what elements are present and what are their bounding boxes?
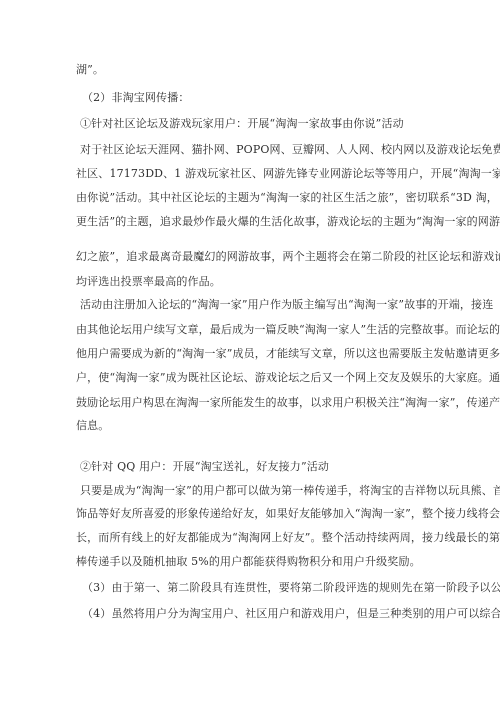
text-line: 社区、17173DD、1 游戏玩家社区、网游先锋专业网游论坛等等用户，开展“淘淘… bbox=[76, 167, 436, 181]
section-heading: （2）非淘宝网传播： bbox=[82, 91, 442, 105]
text-line: 鼓励论坛用户构思在淘淘一家所能发生的故事，以求用户积极关注“淘淘一家”，传递产品 bbox=[76, 396, 436, 410]
text-line: 幻之旅”，追求最离奇最魔幻的网游故事，两个主题将会在第二阶段的社区论坛和游戏论坛 bbox=[76, 250, 436, 264]
text-line: 只要是成为“淘淘一家”的用户都可以做为第一棒传递手，将淘宝的吉祥物以玩具熊、首 bbox=[80, 484, 440, 498]
document-page: 湖”。 （2）非淘宝网传播： ①针对社区论坛及游戏玩家用户：开展“淘淘一家故事由… bbox=[0, 0, 500, 707]
text-line: 他用户需要成为新的“淘淘一家”成员，才能续写文章，所以这也需要版主发帖邀请更多用 bbox=[76, 347, 436, 361]
subsection-heading: ①针对社区论坛及游戏玩家用户：开展“淘淘一家故事由你说”活动 bbox=[80, 117, 440, 131]
text-line: 由你说”活动。其中社区论坛的主题为“淘淘一家的社区生活之旅”，密切联系“3D 淘… bbox=[76, 191, 436, 205]
text-line: 湖”。 bbox=[76, 63, 436, 77]
section-item: （3）由于第一、第二阶段具有连贯性，要将第二阶段评选的规则先在第一阶段予以公布。 bbox=[82, 581, 442, 595]
text-line: 棒传递手以及随机抽取 5%的用户都能获得购物积分和用户升级奖励。 bbox=[76, 555, 436, 569]
text-line: 均评选出投票率最高的作品。 bbox=[76, 275, 436, 289]
text-line: 饰品等好友所喜爱的形象传递给好友，如果好友能够加入“淘淘一家”，整个接力线将会加 bbox=[76, 507, 436, 521]
text-line: 对于社区论坛天涯网、猫扑网、POPO网、豆瓣网、人人网、校内网以及游戏论坛免费网… bbox=[80, 143, 440, 157]
subsection-heading: ②针对 QQ 用户：开展“淘宝送礼，好友接力”活动 bbox=[80, 460, 440, 474]
text-line: 长，而所有线上的好友都能成为“淘淘网上好友”。整个活动持续两周，接力线最长的第一 bbox=[76, 531, 436, 545]
text-line: 户，使“淘淘一家”成为既社区论坛、游戏论坛之后又一个网上交友及娱乐的大家庭。通过 bbox=[76, 371, 436, 385]
text-line: 信息。 bbox=[76, 419, 436, 433]
text-line: 由其他论坛用户续写文章，最后成为一篇反映“淘淘一家人”生活的完整故事。而论坛的其 bbox=[76, 323, 436, 337]
text-line: 更生活”的主题，追求最炒作最火爆的生活化故事，游戏论坛的主题为“淘淘一家的网游梦 bbox=[76, 215, 436, 229]
section-item: （4）虽然将用户分为淘宝用户、社区用户和游戏用户，但是三种类别的用户可以综合各种 bbox=[82, 607, 442, 621]
text-line: 活动由注册加入论坛的“淘淘一家”用户作为版主编写出“淘淘一家”故事的开端，接连 bbox=[80, 298, 440, 312]
